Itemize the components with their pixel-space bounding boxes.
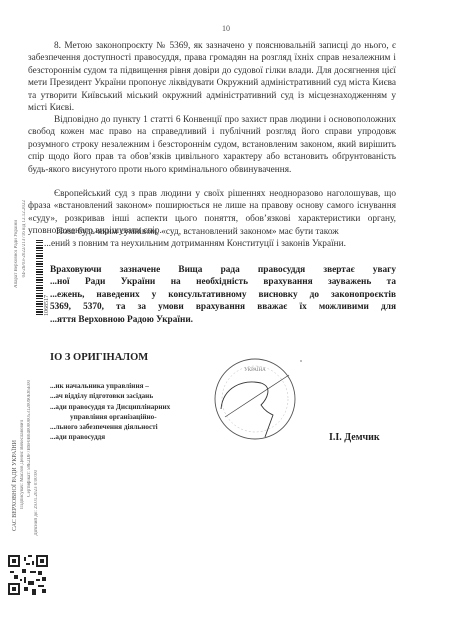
barcode-number: 1068517 xyxy=(44,295,50,316)
registration-stamp: Апарат Верховної Ради України 04-26/03-2… xyxy=(14,200,54,365)
registration-number: 04-26/03-2022/213716 від 12.12.2022 xyxy=(22,200,27,277)
position-line-3: ...ади правосуддя та Дисциплінарних xyxy=(50,402,202,412)
signature-org: САС ВЕРХОВНОЇ РАДИ УКРАЇНИ xyxy=(12,440,18,531)
conclusion-line-5: ...яття Верховною Радою України. xyxy=(50,314,396,326)
paragraph-2: Відповідно до пункту 1 статті 6 Конвенці… xyxy=(28,114,396,176)
conclusion-paragraph: Враховуючи зазначене Вища рада правосудд… xyxy=(50,264,396,326)
signer-position: ...ик начальника управління – ...ач відд… xyxy=(50,381,202,443)
paragraph-4-line-1: Поза будь-яким сумнівом, «суд, встановле… xyxy=(44,226,396,238)
page-number: 10 xyxy=(0,24,452,33)
registration-org: Апарат Верховної Ради України xyxy=(14,220,19,288)
paragraph-1: 8. Метою законопроєкту № 5369, як зазнач… xyxy=(28,40,396,114)
paragraph-2-text: Відповідно до пункту 1 статті 6 Конвенці… xyxy=(28,115,396,175)
svg-text:УКРАЇНА: УКРАЇНА xyxy=(244,367,266,373)
scan-speck xyxy=(300,360,302,362)
position-line-6: ...ади правосуддя xyxy=(50,432,202,442)
signature-valid-until: Дійсний до: 29.01.2023 0:00:00 xyxy=(34,470,39,536)
conclusion-line-3: ...ежень, наведених у консультативному в… xyxy=(50,289,396,301)
conclusion-line-1: Враховуючи зазначене Вища рада правосудд… xyxy=(50,264,396,276)
position-line-2: ...ач відділу підготовки засідань xyxy=(50,391,202,401)
signature-certificate: Сертифікат: 58E2DF7B9F0B0400000053120090… xyxy=(27,380,32,497)
position-line-4: управління організаційно- xyxy=(50,412,202,422)
position-line-5: ...льного забезпечення діяльності xyxy=(50,422,202,432)
paragraph-4-line-2: ...ений з повним та неухильним дотриманн… xyxy=(44,238,396,250)
signature-signer: Підписувач: Маслов Денис Вячеславович xyxy=(20,420,25,509)
conclusion-line-2: ...ної Ради України на необхідність врах… xyxy=(50,276,396,288)
official-seal-icon: УКРАЇНА xyxy=(213,357,297,441)
paragraph-1-text: 8. Метою законопроєкту № 5369, як зазнач… xyxy=(28,41,396,113)
certification-heading: ІО З ОРИГІНАЛОМ xyxy=(50,352,148,363)
digital-signature-stamp: САС ВЕРХОВНОЇ РАДИ УКРАЇНИ Підписувач: М… xyxy=(12,380,52,560)
barcode-icon xyxy=(36,240,43,315)
position-line-1: ...ик начальника управління – xyxy=(50,381,202,391)
signer-name: І.І. Демчик xyxy=(329,432,380,443)
qr-code-icon xyxy=(8,555,48,595)
paragraph-4: Поза будь-яким сумнівом, «суд, встановле… xyxy=(44,226,396,251)
conclusion-line-4: 5369, 5370, та за умови врахування вважа… xyxy=(50,301,396,313)
